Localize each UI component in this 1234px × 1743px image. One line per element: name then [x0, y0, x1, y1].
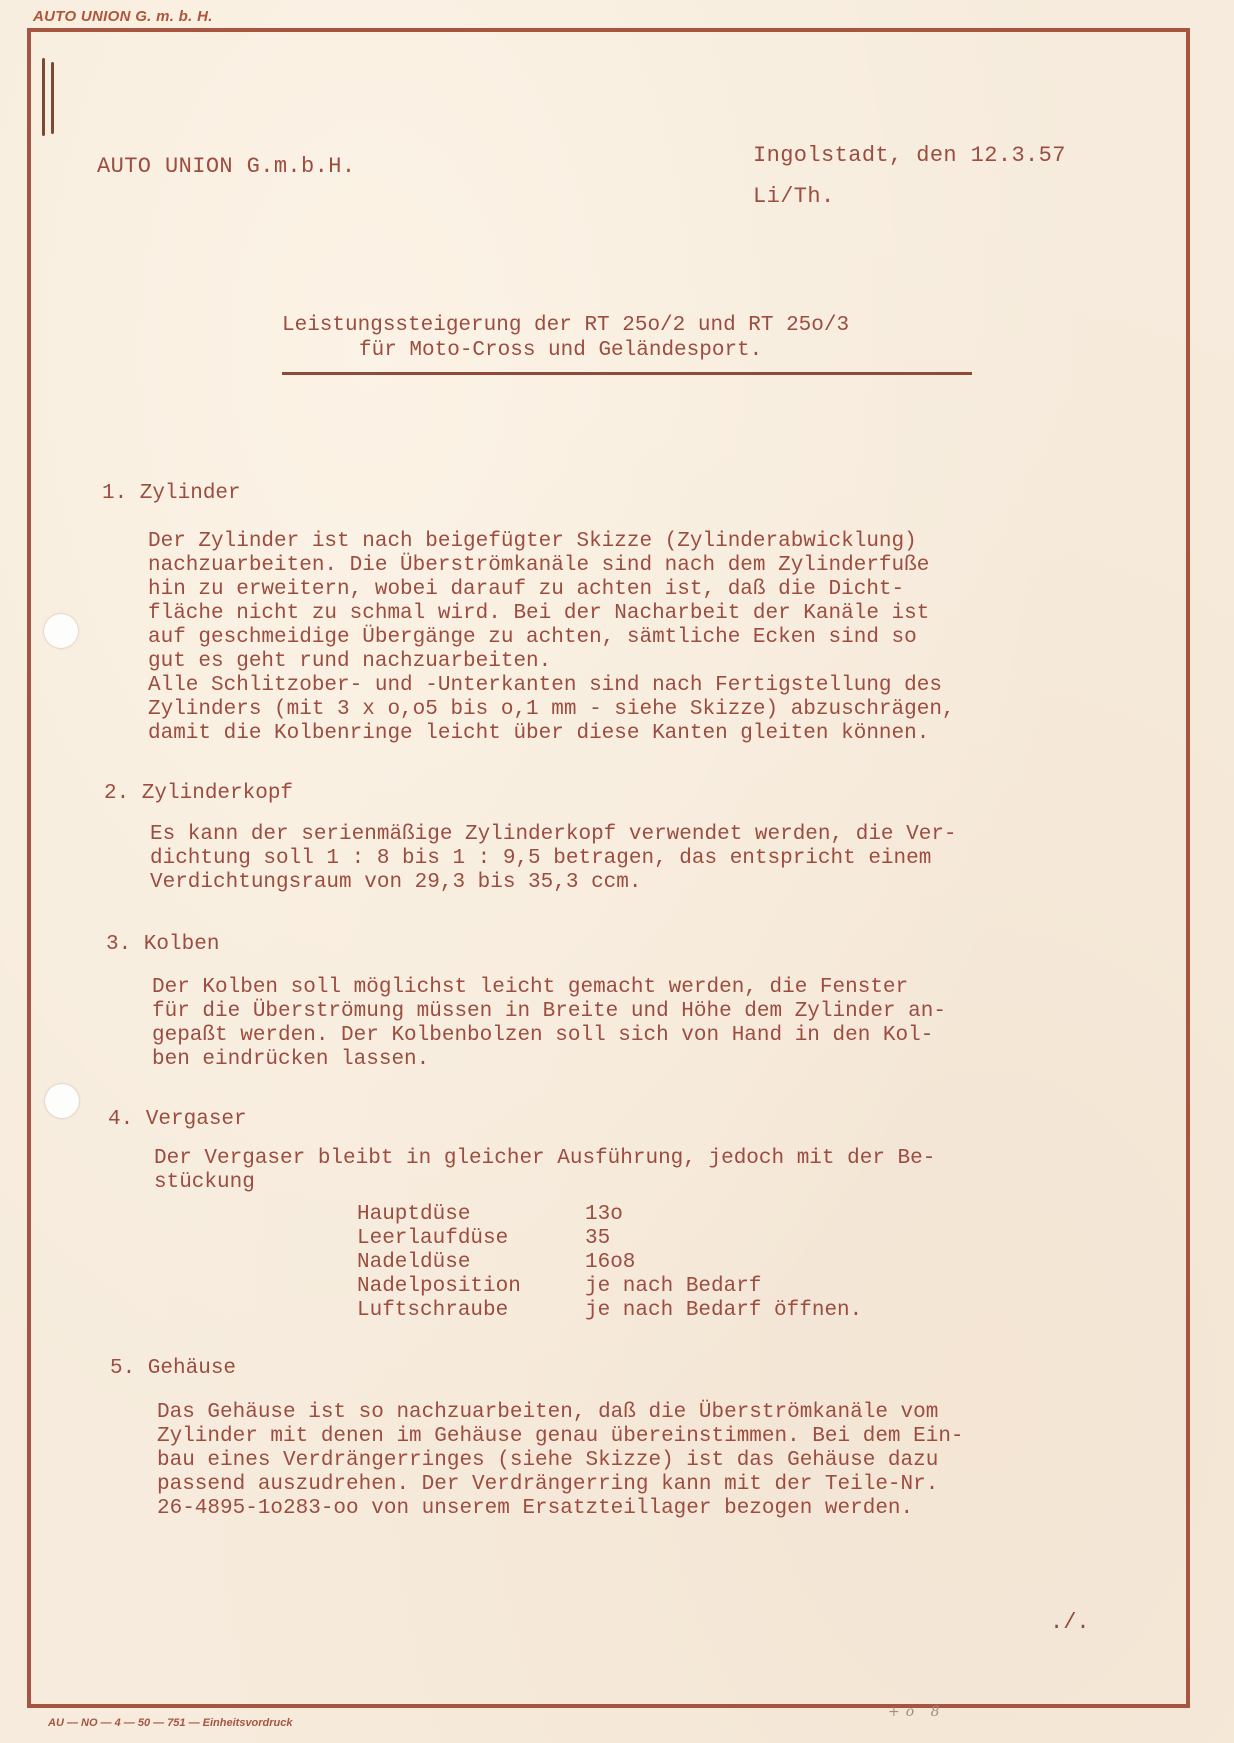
- spec-value: je nach Bedarf öffnen.: [585, 1299, 862, 1323]
- punch-hole-icon: [45, 1084, 79, 1118]
- section-heading-kolben: 3. Kolben: [106, 933, 219, 956]
- spec-row: Luftschraube je nach Bedarf öffnen.: [357, 1299, 862, 1323]
- section-body-kolben: Der Kolben soll möglichst leicht gemacht…: [152, 976, 946, 1072]
- spec-name: Leerlaufdüse: [357, 1227, 585, 1251]
- staple-icon: [42, 58, 56, 140]
- text-line: dichtung soll 1 : 8 bis 1 : 9,5 betragen…: [150, 847, 957, 871]
- spec-name: Nadeldüse: [357, 1251, 585, 1275]
- section-body-gehaeuse: Das Gehäuse ist so nachzuarbeiten, daß d…: [157, 1401, 964, 1521]
- document-title: Leistungssteigerung der RT 25o/2 und RT …: [282, 313, 982, 363]
- text-line: Der Kolben soll möglichst leicht gemacht…: [152, 976, 946, 1000]
- text-line: Der Zylinder ist nach beigefügter Skizze…: [148, 530, 955, 554]
- section-heading-zylinder: 1. Zylinder: [102, 482, 241, 505]
- text-line: nachzuarbeiten. Die Überströmkanäle sind…: [148, 554, 955, 578]
- section-heading-zylinderkopf: 2. Zylinderkopf: [104, 782, 293, 805]
- title-line-1: Leistungssteigerung der RT 25o/2 und RT …: [282, 313, 982, 338]
- text-line: gut es geht rund nachzuarbeiten.: [148, 650, 955, 674]
- text-line: auf geschmeidige Übergänge zu achten, sä…: [148, 626, 955, 650]
- spec-row: Nadeldüse 16o8: [357, 1251, 862, 1275]
- spec-name: Nadelposition: [357, 1275, 585, 1299]
- form-code: AU — NO — 4 — 50 — 751 — Einheitsvordruc…: [48, 1717, 293, 1729]
- section-body-vergaser: Der Vergaser bleibt in gleicher Ausführu…: [154, 1147, 935, 1195]
- section-heading-gehaeuse: 5. Gehäuse: [110, 1357, 236, 1380]
- section-body-zylinderkopf: Es kann der serienmäßige Zylinderkopf ve…: [150, 823, 957, 895]
- spec-value: 16o8: [585, 1251, 635, 1275]
- text-line: für die Überströmung müssen in Breite un…: [152, 1000, 946, 1024]
- text-line: hin zu erweitern, wobei darauf zu achten…: [148, 578, 955, 602]
- text-line: passend auszudrehen. Der Verdrängerring …: [157, 1473, 964, 1497]
- text-line: stückung: [154, 1171, 935, 1195]
- spec-row: Nadelposition je nach Bedarf: [357, 1275, 862, 1299]
- title-underline: [282, 372, 972, 375]
- spec-value: 13o: [585, 1203, 623, 1227]
- spec-name: Luftschraube: [357, 1299, 585, 1323]
- spec-value: 35: [585, 1227, 610, 1251]
- letterhead: AUTO UNION G. m. b. H.: [33, 8, 213, 25]
- text-line: Verdichtungsraum von 29,3 bis 35,3 ccm.: [150, 871, 957, 895]
- text-line: Alle Schlitzober- und -Unterkanten sind …: [148, 674, 955, 698]
- carburetor-spec-table: Hauptdüse 13o Leerlaufdüse 35 Nadeldüse …: [357, 1203, 862, 1323]
- company-name: AUTO UNION G.m.b.H.: [97, 155, 355, 179]
- place-date: Ingolstadt, den 12.3.57: [753, 144, 1066, 168]
- text-line: bau eines Verdrängerringes (siehe Skizze…: [157, 1449, 964, 1473]
- text-line: damit die Kolbenringe leicht über diese …: [148, 722, 955, 746]
- section-heading-vergaser: 4. Vergaser: [108, 1108, 247, 1131]
- continuation-mark: ./.: [1050, 1610, 1090, 1635]
- spec-row: Leerlaufdüse 35: [357, 1227, 862, 1251]
- section-body-zylinder: Der Zylinder ist nach beigefügter Skizze…: [148, 530, 955, 746]
- text-line: ben eindrücken lassen.: [152, 1048, 946, 1072]
- text-line: Es kann der serienmäßige Zylinderkopf ve…: [150, 823, 957, 847]
- text-line: gepaßt werden. Der Kolbenbolzen soll sic…: [152, 1024, 946, 1048]
- text-line: Zylinders (mit 3 x o,o5 bis o,1 mm - sie…: [148, 698, 955, 722]
- spec-name: Hauptdüse: [357, 1203, 585, 1227]
- punch-hole-icon: [44, 614, 78, 648]
- text-line: fläche nicht zu schmal wird. Bei der Nac…: [148, 602, 955, 626]
- spec-row: Hauptdüse 13o: [357, 1203, 862, 1227]
- title-line-2: für Moto-Cross und Geländesport.: [282, 338, 982, 363]
- pencil-annotation: +o 8: [888, 1704, 946, 1720]
- text-line: Der Vergaser bleibt in gleicher Ausführu…: [154, 1147, 935, 1171]
- reference-initials: Li/Th.: [753, 185, 835, 209]
- text-line: 26-4895-1o283-oo von unserem Ersatzteill…: [157, 1497, 964, 1521]
- text-line: Das Gehäuse ist so nachzuarbeiten, daß d…: [157, 1401, 964, 1425]
- spec-value: je nach Bedarf: [585, 1275, 761, 1299]
- text-line: Zylinder mit denen im Gehäuse genau über…: [157, 1425, 964, 1449]
